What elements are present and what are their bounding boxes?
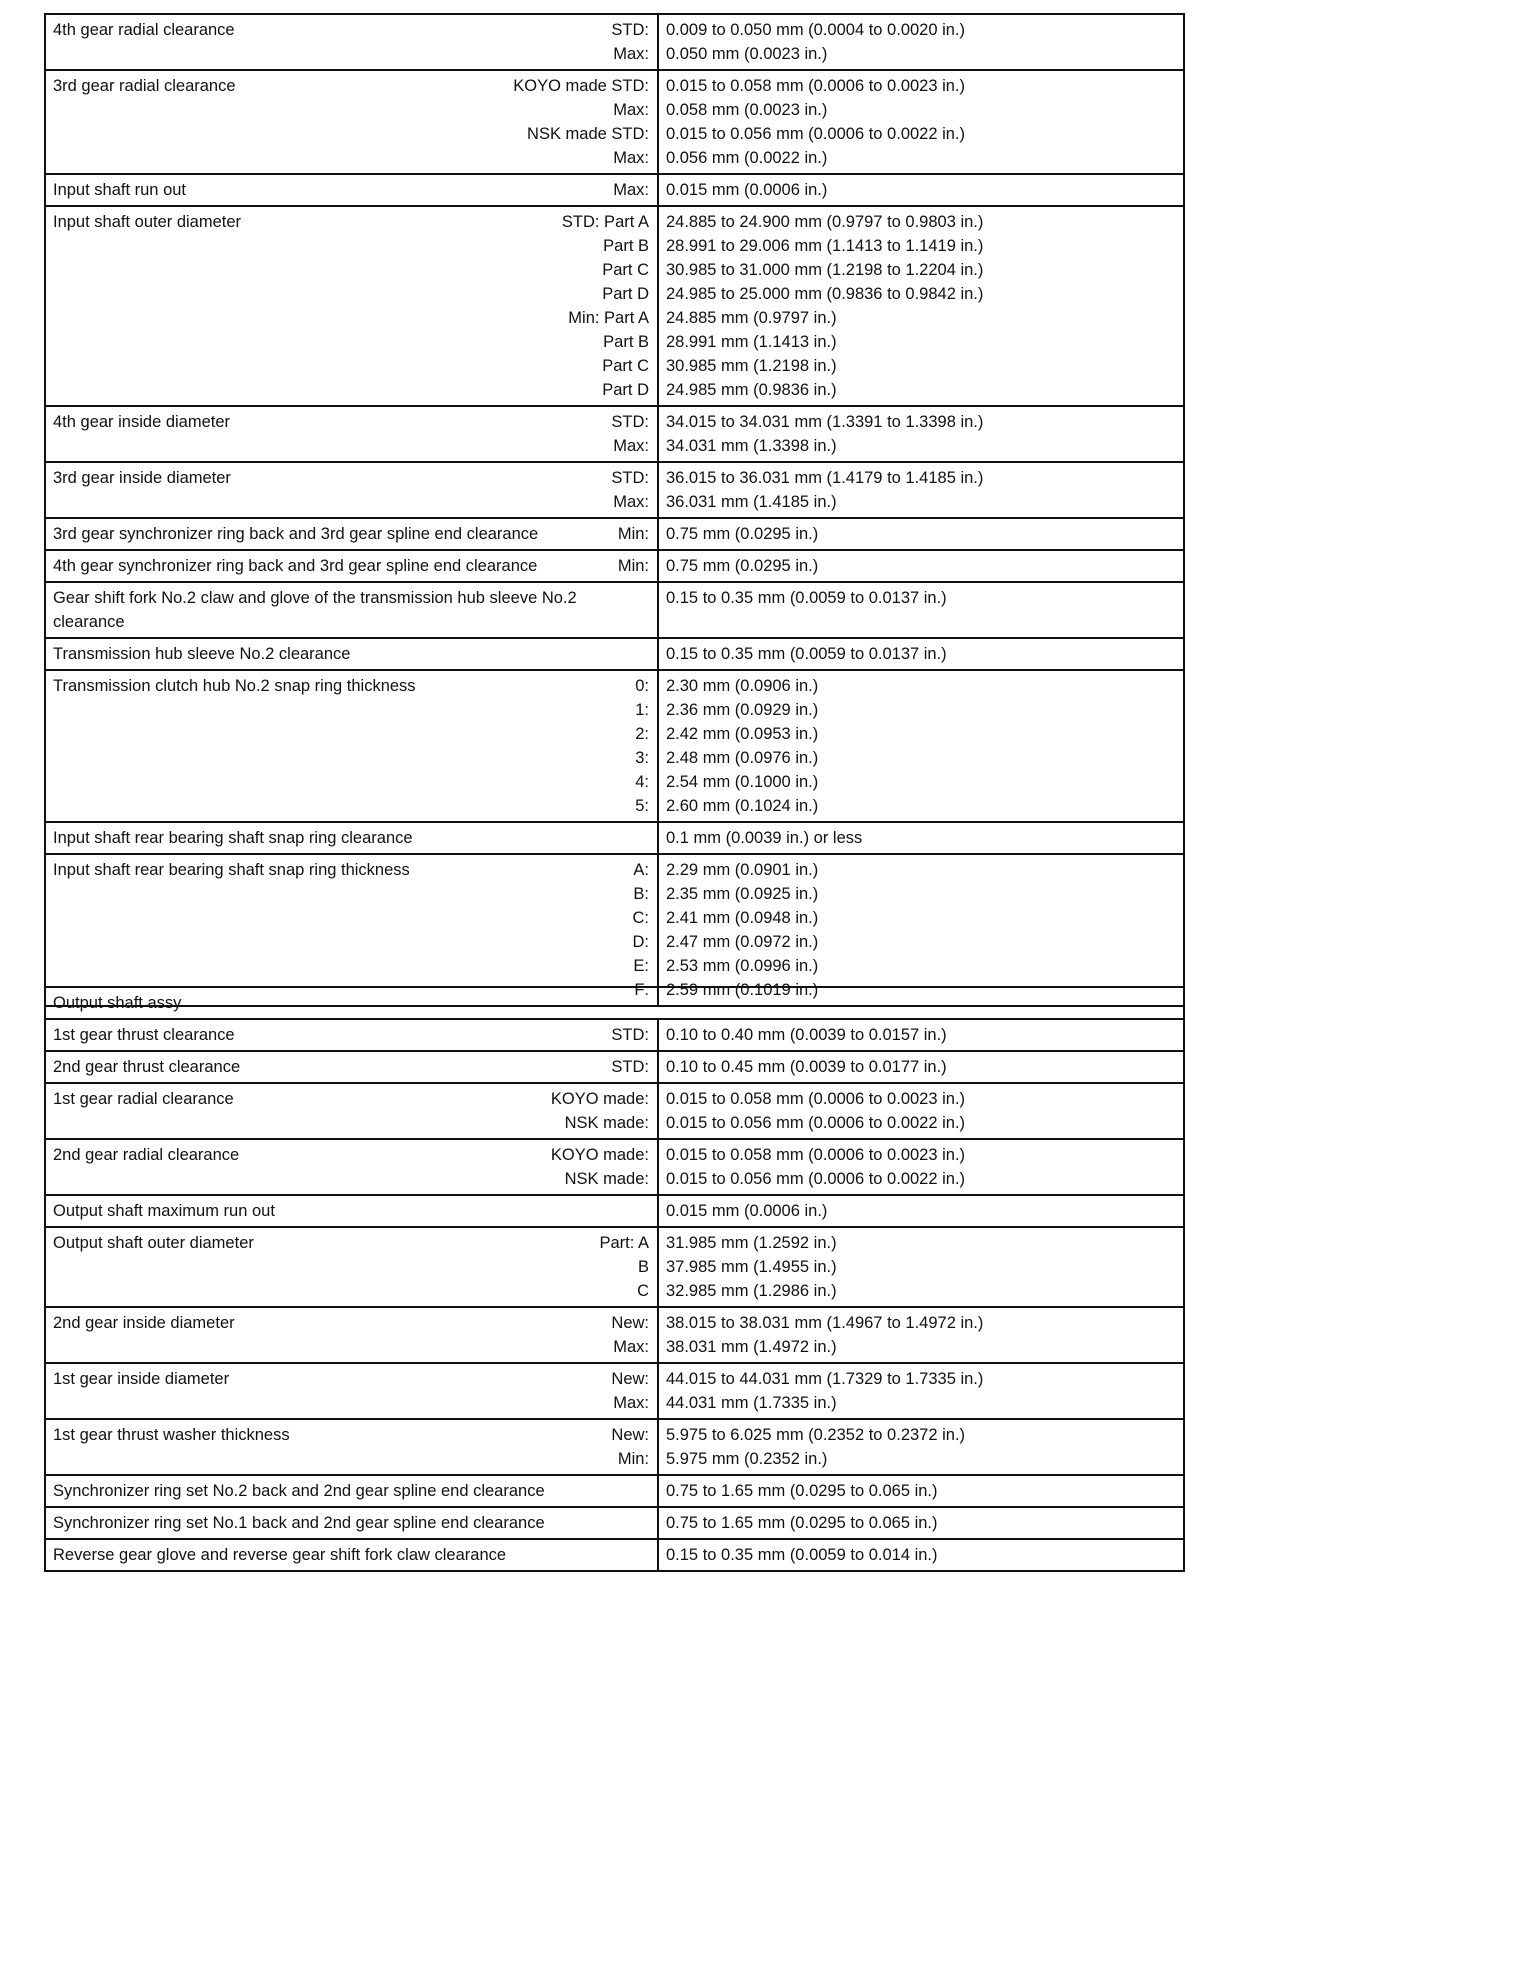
spec-label: STD: bbox=[611, 18, 649, 42]
spec-label: 1: bbox=[635, 698, 649, 722]
spec-value-cell: 0.015 mm (0.0006 in.) bbox=[659, 1196, 1183, 1226]
spec-value: 28.991 to 29.006 mm (1.1413 to 1.1419 in… bbox=[666, 234, 1176, 258]
spec-item-name: Input shaft rear bearing shaft snap ring… bbox=[53, 858, 633, 1002]
spec-item-cell: Reverse gear glove and reverse gear shif… bbox=[46, 1540, 659, 1570]
spec-label: Max: bbox=[613, 178, 649, 202]
spec-value: 2.60 mm (0.1024 in.) bbox=[666, 794, 1176, 818]
spec-item-name: 1st gear inside diameter bbox=[53, 1367, 611, 1415]
spec-row: Output shaft maximum run out 0.015 mm (0… bbox=[46, 1196, 1183, 1228]
spec-item-cell: 1st gear inside diameterNew:Max: bbox=[46, 1364, 659, 1418]
spec-label bbox=[644, 1511, 649, 1535]
spec-value: 0.10 to 0.45 mm (0.0039 to 0.0177 in.) bbox=[666, 1055, 1176, 1079]
spec-item-name: 3rd gear radial clearance bbox=[53, 74, 513, 170]
spec-item-cell: Synchronizer ring set No.2 back and 2nd … bbox=[46, 1476, 659, 1506]
spec-item-name: Transmission clutch hub No.2 snap ring t… bbox=[53, 674, 635, 818]
spec-label: B: bbox=[633, 882, 650, 906]
spec-row: Reverse gear glove and reverse gear shif… bbox=[46, 1540, 1183, 1570]
spec-value: 2.29 mm (0.0901 in.) bbox=[666, 858, 1176, 882]
spec-row: Output shaft outer diameterPart: ABC31.9… bbox=[46, 1228, 1183, 1308]
spec-value: 24.985 to 25.000 mm (0.9836 to 0.9842 in… bbox=[666, 282, 1176, 306]
spec-item-cell: 2nd gear inside diameterNew:Max: bbox=[46, 1308, 659, 1362]
spec-label-list bbox=[644, 1543, 649, 1567]
spec-label-list bbox=[644, 826, 649, 850]
spec-value: 0.015 to 0.058 mm (0.0006 to 0.0023 in.) bbox=[666, 1087, 1176, 1111]
spec-item-cell: Output shaft outer diameterPart: ABC bbox=[46, 1228, 659, 1306]
spec-row: 4th gear synchronizer ring back and 3rd … bbox=[46, 551, 1183, 583]
spec-label: KOYO made: bbox=[551, 1143, 649, 1167]
spec-value-cell: 0.015 to 0.058 mm (0.0006 to 0.0023 in.)… bbox=[659, 1140, 1183, 1194]
spec-label: Part C bbox=[562, 354, 649, 378]
spec-value: 0.15 to 0.35 mm (0.0059 to 0.0137 in.) bbox=[666, 586, 1176, 610]
spec-value: 0.015 to 0.058 mm (0.0006 to 0.0023 in.) bbox=[666, 1143, 1176, 1167]
spec-label-list: New:Max: bbox=[611, 1367, 649, 1415]
spec-label: Min: bbox=[618, 554, 649, 578]
spec-label: STD: bbox=[611, 410, 649, 434]
spec-label-list: A:B:C:D:E:F: bbox=[633, 858, 650, 1002]
spec-value: 30.985 mm (1.2198 in.) bbox=[666, 354, 1176, 378]
spec-row: 3rd gear inside diameterSTD:Max:36.015 t… bbox=[46, 463, 1183, 519]
spec-row: 1st gear thrust washer thicknessNew:Min:… bbox=[46, 1420, 1183, 1476]
spec-value: 0.050 mm (0.0023 in.) bbox=[666, 42, 1176, 66]
spec-row: 1st gear radial clearanceKOYO made:NSK m… bbox=[46, 1084, 1183, 1140]
spec-label-list: STD: bbox=[611, 1023, 649, 1047]
spec-value: 24.885 to 24.900 mm (0.9797 to 0.9803 in… bbox=[666, 210, 1176, 234]
spec-row: Synchronizer ring set No.1 back and 2nd … bbox=[46, 1508, 1183, 1540]
spec-value-cell: 0.75 mm (0.0295 in.) bbox=[659, 519, 1183, 549]
spec-label: Max: bbox=[611, 1335, 649, 1359]
spec-label: 2: bbox=[635, 722, 649, 746]
spec-value: 2.54 mm (0.1000 in.) bbox=[666, 770, 1176, 794]
spec-label-list: KOYO made:NSK made: bbox=[551, 1087, 649, 1135]
spec-row: Input shaft run outMax:0.015 mm (0.0006 … bbox=[46, 175, 1183, 207]
spec-value: 24.885 mm (0.9797 in.) bbox=[666, 306, 1176, 330]
spec-value-cell: 0.75 to 1.65 mm (0.0295 to 0.065 in.) bbox=[659, 1508, 1183, 1538]
spec-value: 0.015 mm (0.0006 in.) bbox=[666, 1199, 1176, 1223]
spec-label: Max: bbox=[513, 98, 649, 122]
spec-label: Max: bbox=[611, 1391, 649, 1415]
spec-label bbox=[644, 1199, 649, 1223]
spec-label: STD: bbox=[611, 1023, 649, 1047]
spec-item-cell: Input shaft outer diameterSTD: Part APar… bbox=[46, 207, 659, 405]
spec-value: 0.015 to 0.056 mm (0.0006 to 0.0022 in.) bbox=[666, 1111, 1176, 1135]
spec-item-cell: Transmission clutch hub No.2 snap ring t… bbox=[46, 671, 659, 821]
spec-row: 3rd gear radial clearanceKOYO made STD:M… bbox=[46, 71, 1183, 175]
spec-label-list: STD: Part APart BPart CPart DMin: Part A… bbox=[562, 210, 649, 402]
spec-label bbox=[644, 826, 649, 850]
spec-label: Max: bbox=[611, 490, 649, 514]
spec-label: Part D bbox=[562, 378, 649, 402]
spec-item-cell: Transmission hub sleeve No.2 clearance bbox=[46, 639, 659, 669]
spec-item-name: Transmission hub sleeve No.2 clearance bbox=[53, 642, 644, 666]
spec-value-cell: 0.009 to 0.050 mm (0.0004 to 0.0020 in.)… bbox=[659, 15, 1183, 69]
spec-item-cell: Input shaft rear bearing shaft snap ring… bbox=[46, 855, 659, 1005]
spec-value: 28.991 mm (1.1413 in.) bbox=[666, 330, 1176, 354]
spec-value-cell: 0.1 mm (0.0039 in.) or less bbox=[659, 823, 1183, 853]
spec-item-name: Input shaft outer diameter bbox=[53, 210, 562, 402]
spec-item-name: 2nd gear radial clearance bbox=[53, 1143, 551, 1191]
spec-value: 5.975 mm (0.2352 in.) bbox=[666, 1447, 1176, 1471]
spec-label-list bbox=[644, 1479, 649, 1503]
spec-label: New: bbox=[611, 1367, 649, 1391]
spec-label-list: Part: ABC bbox=[599, 1231, 649, 1303]
spec-label: 3: bbox=[635, 746, 649, 770]
spec-item-name: Synchronizer ring set No.1 back and 2nd … bbox=[53, 1511, 644, 1535]
spec-value-cell: 0.015 to 0.058 mm (0.0006 to 0.0023 in.)… bbox=[659, 71, 1183, 173]
spec-value-cell: 2.30 mm (0.0906 in.)2.36 mm (0.0929 in.)… bbox=[659, 671, 1183, 821]
spec-row: Input shaft rear bearing shaft snap ring… bbox=[46, 823, 1183, 855]
spec-item-name: 1st gear thrust clearance bbox=[53, 1023, 611, 1047]
input-shaft-spec-table: 4th gear radial clearanceSTD:Max:0.009 t… bbox=[44, 13, 1185, 1007]
spec-label: D: bbox=[633, 930, 650, 954]
spec-label: NSK made: bbox=[551, 1111, 649, 1135]
spec-value: 0.15 to 0.35 mm (0.0059 to 0.014 in.) bbox=[666, 1543, 1176, 1567]
spec-label-list bbox=[644, 1511, 649, 1535]
spec-row: Input shaft outer diameterSTD: Part APar… bbox=[46, 207, 1183, 407]
spec-value: 31.985 mm (1.2592 in.) bbox=[666, 1231, 1176, 1255]
spec-label-list: 0:1:2:3:4:5: bbox=[635, 674, 649, 818]
spec-label: NSK made STD: bbox=[513, 122, 649, 146]
spec-item-cell: 1st gear radial clearanceKOYO made:NSK m… bbox=[46, 1084, 659, 1138]
spec-label: KOYO made STD: bbox=[513, 74, 649, 98]
spec-row: 2nd gear inside diameterNew:Max:38.015 t… bbox=[46, 1308, 1183, 1364]
spec-value: 44.031 mm (1.7335 in.) bbox=[666, 1391, 1176, 1415]
spec-item-cell: 1st gear thrust clearanceSTD: bbox=[46, 1020, 659, 1050]
spec-value-cell: 0.15 to 0.35 mm (0.0059 to 0.0137 in.) bbox=[659, 639, 1183, 669]
spec-value-cell: 38.015 to 38.031 mm (1.4967 to 1.4972 in… bbox=[659, 1308, 1183, 1362]
spec-item-name: 2nd gear inside diameter bbox=[53, 1311, 611, 1359]
spec-value: 0.75 to 1.65 mm (0.0295 to 0.065 in.) bbox=[666, 1479, 1176, 1503]
spec-value: 37.985 mm (1.4955 in.) bbox=[666, 1255, 1176, 1279]
spec-label-list: Max: bbox=[613, 178, 649, 202]
spec-value-cell: 0.10 to 0.45 mm (0.0039 to 0.0177 in.) bbox=[659, 1052, 1183, 1082]
spec-value-cell: 0.75 to 1.65 mm (0.0295 to 0.065 in.) bbox=[659, 1476, 1183, 1506]
spec-row: Synchronizer ring set No.2 back and 2nd … bbox=[46, 1476, 1183, 1508]
spec-row: Transmission hub sleeve No.2 clearance 0… bbox=[46, 639, 1183, 671]
spec-label: 0: bbox=[635, 674, 649, 698]
spec-value: 0.015 to 0.056 mm (0.0006 to 0.0022 in.) bbox=[666, 122, 1176, 146]
spec-label bbox=[644, 642, 649, 666]
spec-item-cell: 2nd gear thrust clearanceSTD: bbox=[46, 1052, 659, 1082]
spec-label: New: bbox=[611, 1423, 649, 1447]
spec-label bbox=[644, 1543, 649, 1567]
spec-label: New: bbox=[611, 1311, 649, 1335]
spec-label: Max: bbox=[611, 42, 649, 66]
spec-value: 30.985 to 31.000 mm (1.2198 to 1.2204 in… bbox=[666, 258, 1176, 282]
spec-item-cell: Input shaft run outMax: bbox=[46, 175, 659, 205]
spec-row: Transmission clutch hub No.2 snap ring t… bbox=[46, 671, 1183, 823]
spec-value: 0.15 to 0.35 mm (0.0059 to 0.0137 in.) bbox=[666, 642, 1176, 666]
spec-value-cell: 0.15 to 0.35 mm (0.0059 to 0.014 in.) bbox=[659, 1540, 1183, 1570]
spec-value: 2.47 mm (0.0972 in.) bbox=[666, 930, 1176, 954]
spec-label: 4: bbox=[635, 770, 649, 794]
spec-value-cell: 34.015 to 34.031 mm (1.3391 to 1.3398 in… bbox=[659, 407, 1183, 461]
spec-item-cell: 3rd gear inside diameterSTD:Max: bbox=[46, 463, 659, 517]
spec-item-name: 4th gear inside diameter bbox=[53, 410, 611, 458]
spec-value-cell: 0.15 to 0.35 mm (0.0059 to 0.0137 in.) bbox=[659, 583, 1183, 637]
spec-value: 5.975 to 6.025 mm (0.2352 to 0.2372 in.) bbox=[666, 1423, 1176, 1447]
spec-row: Gear shift fork No.2 claw and glove of t… bbox=[46, 583, 1183, 639]
spec-row: 4th gear radial clearanceSTD:Max:0.009 t… bbox=[46, 15, 1183, 71]
spec-item-name: 2nd gear thrust clearance bbox=[53, 1055, 611, 1079]
spec-value: 2.35 mm (0.0925 in.) bbox=[666, 882, 1176, 906]
spec-value: 24.985 mm (0.9836 in.) bbox=[666, 378, 1176, 402]
spec-value-cell: 31.985 mm (1.2592 in.)37.985 mm (1.4955 … bbox=[659, 1228, 1183, 1306]
spec-label: Part C bbox=[562, 258, 649, 282]
spec-item-name: Synchronizer ring set No.2 back and 2nd … bbox=[53, 1479, 644, 1503]
spec-label: Part B bbox=[562, 330, 649, 354]
spec-item-cell: 4th gear synchronizer ring back and 3rd … bbox=[46, 551, 659, 581]
spec-value: 0.058 mm (0.0023 in.) bbox=[666, 98, 1176, 122]
spec-value: 36.031 mm (1.4185 in.) bbox=[666, 490, 1176, 514]
spec-value: 0.75 to 1.65 mm (0.0295 to 0.065 in.) bbox=[666, 1511, 1176, 1535]
spec-label: Max: bbox=[611, 434, 649, 458]
spec-value: 44.015 to 44.031 mm (1.7329 to 1.7335 in… bbox=[666, 1367, 1176, 1391]
spec-label: STD: bbox=[611, 1055, 649, 1079]
spec-item-name: Input shaft rear bearing shaft snap ring… bbox=[53, 826, 644, 850]
spec-value: 2.30 mm (0.0906 in.) bbox=[666, 674, 1176, 698]
spec-label: Min: Part A bbox=[562, 306, 649, 330]
spec-value-cell: 0.015 to 0.058 mm (0.0006 to 0.0023 in.)… bbox=[659, 1084, 1183, 1138]
spec-value: 2.48 mm (0.0976 in.) bbox=[666, 746, 1176, 770]
spec-value: 2.36 mm (0.0929 in.) bbox=[666, 698, 1176, 722]
spec-item-cell: 4th gear inside diameterSTD:Max: bbox=[46, 407, 659, 461]
output-shaft-spec-table: Output shaft assy 1st gear thrust cleara… bbox=[44, 986, 1185, 1572]
spec-value-cell: 24.885 to 24.900 mm (0.9797 to 0.9803 in… bbox=[659, 207, 1183, 405]
spec-label-list: New:Min: bbox=[611, 1423, 649, 1471]
spec-label: E: bbox=[633, 954, 650, 978]
spec-item-name: Reverse gear glove and reverse gear shif… bbox=[53, 1543, 644, 1567]
spec-value: 0.015 mm (0.0006 in.) bbox=[666, 178, 1176, 202]
spec-value-cell: 44.015 to 44.031 mm (1.7329 to 1.7335 in… bbox=[659, 1364, 1183, 1418]
spec-label: Max: bbox=[513, 146, 649, 170]
spec-value: 0.056 mm (0.0022 in.) bbox=[666, 146, 1176, 170]
spec-row: 2nd gear thrust clearanceSTD:0.10 to 0.4… bbox=[46, 1052, 1183, 1084]
spec-row: 1st gear thrust clearanceSTD:0.10 to 0.4… bbox=[46, 1020, 1183, 1052]
spec-value-cell: 5.975 to 6.025 mm (0.2352 to 0.2372 in.)… bbox=[659, 1420, 1183, 1474]
spec-item-name: 4th gear radial clearance bbox=[53, 18, 611, 66]
spec-item-name: 1st gear thrust washer thickness bbox=[53, 1423, 611, 1471]
spec-item-name: Gear shift fork No.2 claw and glove of t… bbox=[53, 586, 644, 634]
spec-label-list: STD: bbox=[611, 1055, 649, 1079]
spec-value-cell: 36.015 to 36.031 mm (1.4179 to 1.4185 in… bbox=[659, 463, 1183, 517]
spec-row: 4th gear inside diameterSTD:Max:34.015 t… bbox=[46, 407, 1183, 463]
spec-value-cell: 0.75 mm (0.0295 in.) bbox=[659, 551, 1183, 581]
spec-label: C bbox=[599, 1279, 649, 1303]
spec-label: KOYO made: bbox=[551, 1087, 649, 1111]
spec-label-list: Min: bbox=[618, 554, 649, 578]
spec-item-cell: Gear shift fork No.2 claw and glove of t… bbox=[46, 583, 659, 637]
spec-label: 5: bbox=[635, 794, 649, 818]
spec-value: 0.015 to 0.058 mm (0.0006 to 0.0023 in.) bbox=[666, 74, 1176, 98]
spec-item-name: 4th gear synchronizer ring back and 3rd … bbox=[53, 554, 618, 578]
spec-label: A: bbox=[633, 858, 650, 882]
spec-item-cell: 1st gear thrust washer thicknessNew:Min: bbox=[46, 1420, 659, 1474]
spec-item-name: Input shaft run out bbox=[53, 178, 613, 202]
spec-item-cell: Synchronizer ring set No.1 back and 2nd … bbox=[46, 1508, 659, 1538]
spec-value: 38.015 to 38.031 mm (1.4967 to 1.4972 in… bbox=[666, 1311, 1176, 1335]
spec-label-list: KOYO made:NSK made: bbox=[551, 1143, 649, 1191]
spec-value: 0.10 to 0.40 mm (0.0039 to 0.0157 in.) bbox=[666, 1023, 1176, 1047]
spec-value: 0.75 mm (0.0295 in.) bbox=[666, 554, 1176, 578]
spec-label-list: STD:Max: bbox=[611, 466, 649, 514]
spec-item-cell: 3rd gear synchronizer ring back and 3rd … bbox=[46, 519, 659, 549]
spec-label: Min: bbox=[611, 1447, 649, 1471]
spec-value: 2.41 mm (0.0948 in.) bbox=[666, 906, 1176, 930]
spec-item-name: 3rd gear inside diameter bbox=[53, 466, 611, 514]
spec-label: C: bbox=[633, 906, 650, 930]
spec-item-cell: 3rd gear radial clearanceKOYO made STD:M… bbox=[46, 71, 659, 173]
spec-label: NSK made: bbox=[551, 1167, 649, 1191]
section-header-row: Output shaft assy bbox=[46, 988, 1183, 1020]
spec-value: 2.42 mm (0.0953 in.) bbox=[666, 722, 1176, 746]
spec-row: 2nd gear radial clearanceKOYO made:NSK m… bbox=[46, 1140, 1183, 1196]
spec-item-name: 3rd gear synchronizer ring back and 3rd … bbox=[53, 522, 618, 546]
spec-label: STD: Part A bbox=[562, 210, 649, 234]
spec-value: 0.75 mm (0.0295 in.) bbox=[666, 522, 1176, 546]
spec-label-list: KOYO made STD:Max:NSK made STD:Max: bbox=[513, 74, 649, 170]
spec-label: STD: bbox=[611, 466, 649, 490]
spec-value-cell: 0.10 to 0.40 mm (0.0039 to 0.0157 in.) bbox=[659, 1020, 1183, 1050]
spec-item-cell: 2nd gear radial clearanceKOYO made:NSK m… bbox=[46, 1140, 659, 1194]
spec-label: Part D bbox=[562, 282, 649, 306]
spec-value: 34.015 to 34.031 mm (1.3391 to 1.3398 in… bbox=[666, 410, 1176, 434]
spec-item-name: 1st gear radial clearance bbox=[53, 1087, 551, 1135]
spec-value: 0.1 mm (0.0039 in.) or less bbox=[666, 826, 1176, 850]
spec-label: Part: A bbox=[599, 1231, 649, 1255]
spec-label: Min: bbox=[618, 522, 649, 546]
spec-value: 2.53 mm (0.0996 in.) bbox=[666, 954, 1176, 978]
spec-label-list: New:Max: bbox=[611, 1311, 649, 1359]
spec-value: 36.015 to 36.031 mm (1.4179 to 1.4185 in… bbox=[666, 466, 1176, 490]
spec-value: 0.015 to 0.056 mm (0.0006 to 0.0022 in.) bbox=[666, 1167, 1176, 1191]
spec-item-cell: Input shaft rear bearing shaft snap ring… bbox=[46, 823, 659, 853]
spec-item-cell: Output shaft maximum run out bbox=[46, 1196, 659, 1226]
spec-item-cell: 4th gear radial clearanceSTD:Max: bbox=[46, 15, 659, 69]
spec-value: 0.009 to 0.050 mm (0.0004 to 0.0020 in.) bbox=[666, 18, 1176, 42]
spec-value-cell: 2.29 mm (0.0901 in.)2.35 mm (0.0925 in.)… bbox=[659, 855, 1183, 1005]
spec-label-list bbox=[644, 586, 649, 634]
section-title: Output shaft assy bbox=[46, 988, 188, 1018]
spec-value-cell: 0.015 mm (0.0006 in.) bbox=[659, 175, 1183, 205]
spec-label: Part B bbox=[562, 234, 649, 258]
spec-value: 34.031 mm (1.3398 in.) bbox=[666, 434, 1176, 458]
spec-label: B bbox=[599, 1255, 649, 1279]
spec-value: 32.985 mm (1.2986 in.) bbox=[666, 1279, 1176, 1303]
spec-label-list: Min: bbox=[618, 522, 649, 546]
spec-label-list bbox=[644, 1199, 649, 1223]
spec-label-list: STD:Max: bbox=[611, 18, 649, 66]
spec-label-list: STD:Max: bbox=[611, 410, 649, 458]
spec-label bbox=[644, 586, 649, 610]
spec-item-name: Output shaft maximum run out bbox=[53, 1199, 644, 1223]
spec-row: Input shaft rear bearing shaft snap ring… bbox=[46, 855, 1183, 1005]
spec-value: 38.031 mm (1.4972 in.) bbox=[666, 1335, 1176, 1359]
spec-item-name: Output shaft outer diameter bbox=[53, 1231, 599, 1303]
spec-row: 1st gear inside diameterNew:Max:44.015 t… bbox=[46, 1364, 1183, 1420]
spec-label bbox=[644, 1479, 649, 1503]
spec-row: 3rd gear synchronizer ring back and 3rd … bbox=[46, 519, 1183, 551]
spec-label-list bbox=[644, 642, 649, 666]
